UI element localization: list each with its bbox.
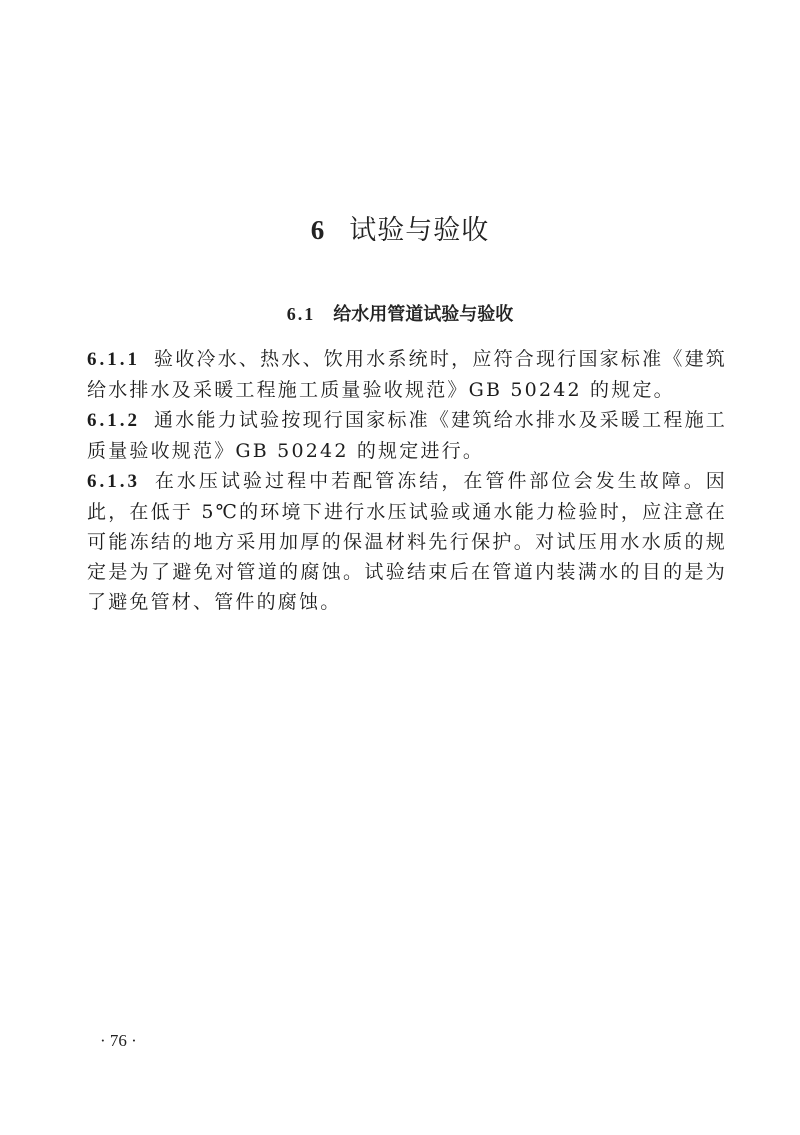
clause-text: 在水压试验过程中若配管冻结，在管件部位会发生故障。因此，在低于 5℃的环境下进行… — [87, 470, 727, 613]
clause-text: 通水能力试验按现行国家标准《建筑给水排水及采暖工程施工质量验收规范》GB 502… — [87, 409, 727, 462]
document-page: 6试验与验收 6.1给水用管道试验与验收 6.1.1验收冷水、热水、饮用水系统时… — [0, 0, 800, 1135]
clause-6-1-2: 6.1.2通水能力试验按现行国家标准《建筑给水排水及采暖工程施工质量验收规范》G… — [87, 405, 727, 466]
section-title: 给水用管道试验与验收 — [333, 304, 513, 325]
page-number: · 76 · — [100, 1031, 137, 1051]
clause-6-1-3: 6.1.3在水压试验过程中若配管冻结，在管件部位会发生故障。因此，在低于 5℃的… — [87, 466, 727, 617]
clause-number: 6.1.2 — [87, 410, 140, 431]
clause-6-1-1: 6.1.1验收冷水、热水、饮用水系统时，应符合现行国家标准《建筑给水排水及采暖工… — [87, 344, 727, 405]
clause-number: 6.1.1 — [87, 349, 140, 370]
section-number: 6.1 — [287, 304, 316, 324]
body-text: 6.1.1验收冷水、热水、饮用水系统时，应符合现行国家标准《建筑给水排水及采暖工… — [87, 344, 727, 617]
chapter-number: 6 — [311, 215, 326, 245]
chapter-heading: 6试验与验收 — [0, 208, 800, 247]
clause-text: 验收冷水、热水、饮用水系统时，应符合现行国家标准《建筑给水排水及采暖工程施工质量… — [87, 348, 727, 401]
chapter-title: 试验与验收 — [349, 215, 489, 246]
clause-number: 6.1.3 — [87, 471, 140, 492]
section-heading: 6.1给水用管道试验与验收 — [0, 300, 800, 326]
